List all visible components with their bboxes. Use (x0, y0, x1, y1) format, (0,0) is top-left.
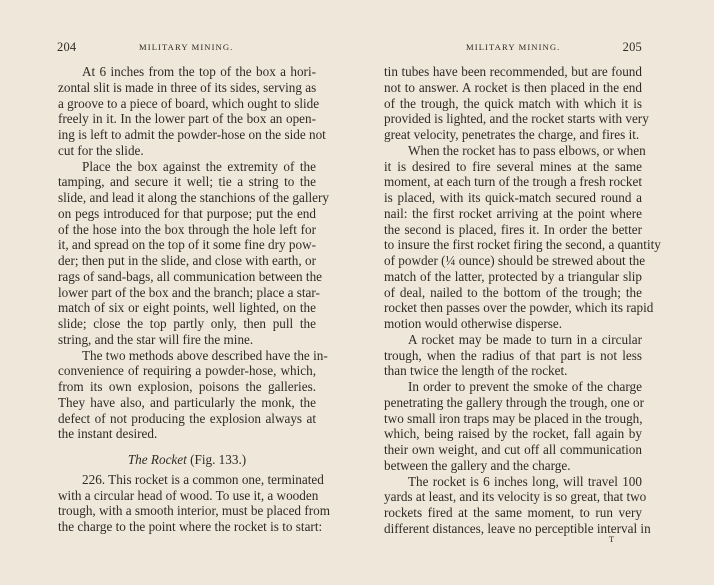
text-line: slide, and lead it along the stanchions … (58, 190, 316, 206)
text-line: provided is lighted, and the rocket star… (384, 111, 642, 127)
text-line: two small iron traps may be placed in th… (384, 411, 642, 427)
text-line: of the hose into the box through the hol… (58, 222, 316, 238)
text-line: from its own explosion, poisons the gall… (58, 379, 316, 395)
section-heading: The Rocket (Fig. 133.) (58, 452, 316, 468)
running-title: MILITARY MINING. (466, 42, 560, 52)
text-line: match of the latter, protected by a tria… (384, 269, 642, 285)
running-title: MILITARY MINING. (139, 42, 233, 52)
text-line: tamping, and secure it well; tie a strin… (58, 174, 316, 190)
page-number: 204 (57, 40, 76, 55)
text-line: zontal slit is made in three of its side… (58, 80, 316, 96)
page-number: 205 (623, 40, 642, 55)
text-line: tin tubes have been recommended, but are… (384, 64, 642, 80)
running-head-left: 204 MILITARY MINING. (57, 40, 315, 56)
text-line: of powder (¼ ounce) should be strewed ab… (384, 253, 642, 269)
text-line: is placed, with its quick-match secured … (384, 190, 642, 206)
text-line: ing is left to admit the powder-hose on … (58, 127, 316, 143)
text-line: freely in it. In the lower part of the b… (58, 111, 316, 127)
paragraph: The rocket is 6 inches long, will travel… (384, 474, 642, 537)
text-line: rockets fired at the same moment, to run… (384, 505, 642, 521)
text-line: it is desired to fire several mines at t… (384, 159, 642, 175)
text-line: motion would otherwise disperse. (384, 316, 642, 332)
text-line: different distances, leave no perceptibl… (384, 521, 642, 537)
text-line: than twice the length of the rocket. (384, 363, 642, 379)
text-line: not to answer. A rocket is then placed i… (384, 80, 642, 96)
paragraph: When the rocket has to pass elbows, or w… (384, 143, 642, 332)
paragraph: Place the box against the extremity of t… (58, 159, 316, 348)
right-page: MILITARY MINING. 205 tin tubes have been… (357, 0, 714, 585)
paragraph: In order to prevent the smoke of the cha… (384, 379, 642, 474)
section-heading-title: The Rocket (128, 452, 187, 467)
text-line: great velocity, penetrates the charge, a… (384, 127, 642, 143)
paragraph: tin tubes have been recommended, but are… (384, 64, 642, 143)
text-line: their own weight, and cut off all commun… (384, 442, 642, 458)
text-line: penetrating the gallery through the trou… (384, 395, 642, 411)
text-line: der; then put in the slide, and close wi… (58, 253, 316, 269)
text-line: nail: the first rocket arriving at the p… (384, 206, 642, 222)
text-line: match of six or eight points, well light… (58, 300, 316, 316)
text-line: the second is placed, fires it. In order… (384, 222, 642, 238)
text-line: the charge to the point where the rocket… (58, 519, 316, 535)
text-line: between the gallery and the charge. (384, 458, 642, 474)
text-line: They have also, and particularly the mon… (58, 395, 316, 411)
text-line: which, being raised by the rocket, fall … (384, 426, 642, 442)
signature-mark: T (609, 534, 615, 544)
paragraph-226: 226. This rocket is a common one, termin… (58, 472, 316, 535)
text-line: trough, when the radius of that part is … (384, 348, 642, 364)
text-line: In order to prevent the smoke of the cha… (384, 379, 642, 395)
text-line: lower part of the box and the branch; pl… (58, 285, 316, 301)
paragraph: At 6 inches from the top of the box a ho… (58, 64, 316, 159)
text-line: it, and spread on the top of it some fin… (58, 237, 316, 253)
text-line: rocket then passes over the powder, whic… (384, 300, 642, 316)
paragraph: A rocket may be made to turn in a circul… (384, 332, 642, 379)
running-head-right: MILITARY MINING. 205 (384, 40, 642, 56)
body-text-left: At 6 inches from the top of the box a ho… (58, 64, 316, 535)
text-line: trough, with a smooth interior, must be … (58, 503, 316, 519)
paragraph: The two methods above described have the… (58, 348, 316, 443)
text-line: When the rocket has to pass elbows, or w… (384, 143, 642, 159)
text-line: defect of not producing the explosion al… (58, 411, 316, 427)
text-line: yards at least, and its velocity is so g… (384, 489, 642, 505)
text-line: to insure the first rocket firing the se… (384, 237, 642, 253)
left-page: 204 MILITARY MINING. At 6 inches from th… (0, 0, 357, 585)
text-line: cut for the slide. (58, 143, 316, 159)
text-line: 226. This rocket is a common one, termin… (58, 472, 316, 488)
text-line: moment, at each turn of the trough a fre… (384, 174, 642, 190)
text-line: slide; close the top partly only, then p… (58, 316, 316, 332)
text-line: a groove to a piece of board, which ough… (58, 96, 316, 112)
text-line: rags of sand-bags, all communication bet… (58, 269, 316, 285)
body-text-right: tin tubes have been recommended, but are… (384, 64, 642, 537)
text-line: convenience of requiring a powder-hose, … (58, 363, 316, 379)
section-heading-figure-ref: (Fig. 133.) (187, 452, 246, 467)
text-line: The rocket is 6 inches long, will travel… (384, 474, 642, 490)
text-line: the instant desired. (58, 426, 316, 442)
text-line: with a circular head of wood. To use it,… (58, 488, 316, 504)
text-line: of deal, nailed to the bottom of the tro… (384, 285, 642, 301)
text-line: A rocket may be made to turn in a circul… (384, 332, 642, 348)
text-line: on pegs introduced for that purpose; put… (58, 206, 316, 222)
text-line: of the trough, the quick match with whic… (384, 96, 642, 112)
text-line: Place the box against the extremity of t… (58, 159, 316, 175)
text-line: string, and the star will fire the mine. (58, 332, 316, 348)
text-line: The two methods above described have the… (58, 348, 316, 364)
text-line: At 6 inches from the top of the box a ho… (58, 64, 316, 80)
